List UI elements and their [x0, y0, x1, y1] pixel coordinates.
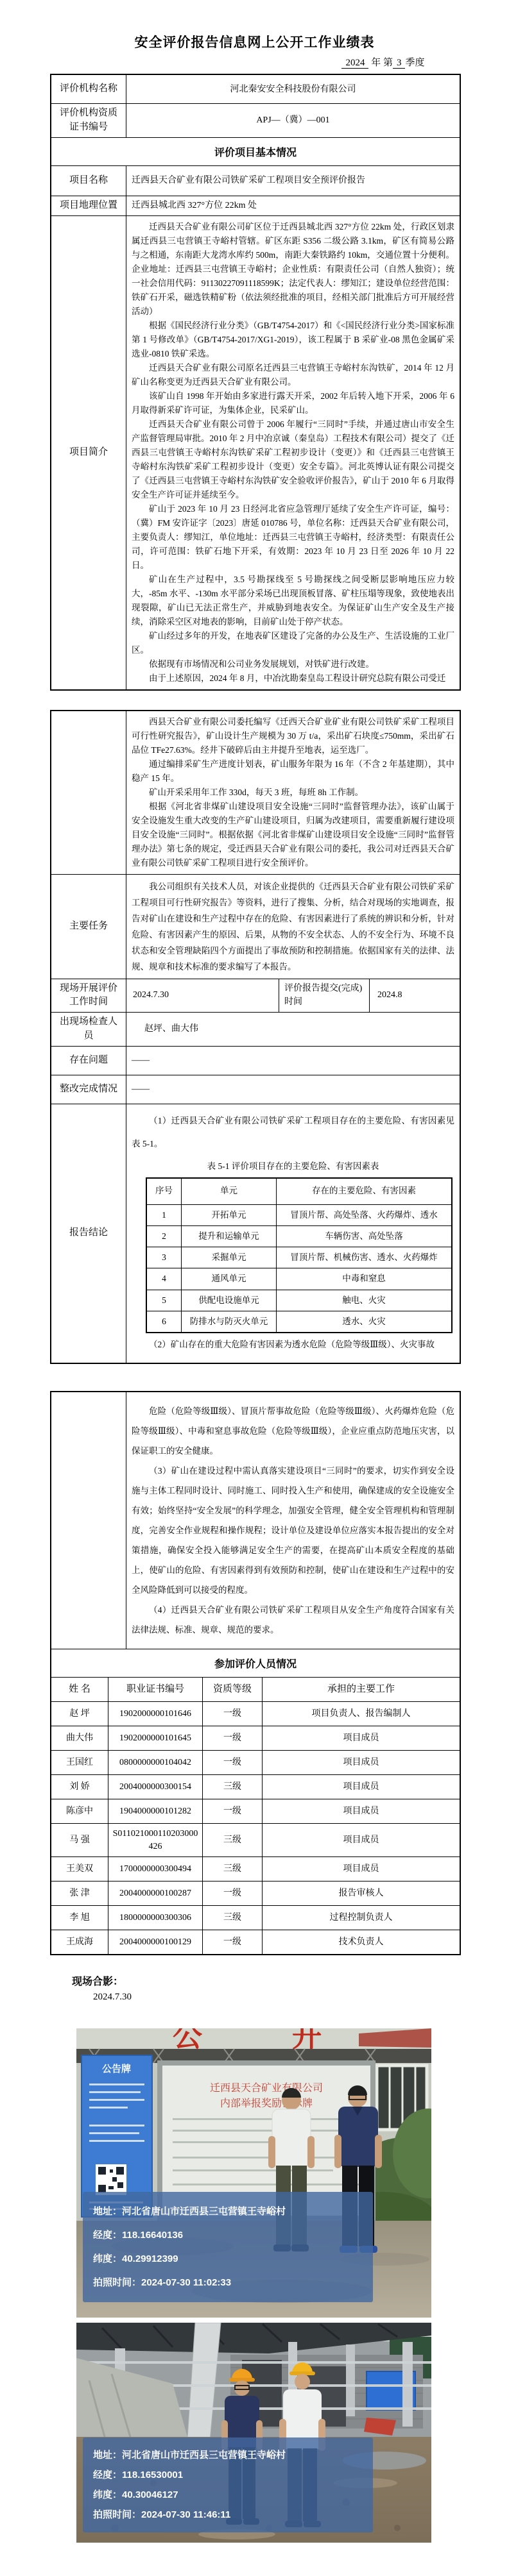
- participant-cert: 1904000000101282: [108, 1799, 203, 1823]
- participant-row: 陈彦中 1904000000101282 一级 项目成员: [51, 1799, 460, 1823]
- project-location-label: 项目地理位置: [51, 196, 126, 215]
- conclusion-part1-cell: （1）迁西县天合矿业有限公司铁矿采矿工程项目存在的主要危险、有害因素见表 5-1…: [126, 1104, 460, 1363]
- period-quarter-unit: 季度: [405, 58, 424, 68]
- tasks-label: 主要任务: [51, 875, 126, 979]
- table-conclusion-participants: 危险（危险等级Ⅲ级）、冒顶片帮事故危险（危险等级Ⅲ级）、火药爆炸危险（危险等级Ⅲ…: [50, 1391, 461, 1955]
- hazard-table-header: 序号 单元 存在的主要危险、有害因素: [147, 1179, 451, 1204]
- participant-level: 一级: [203, 1930, 263, 1954]
- row-participants-section: 参加评价人员情况: [51, 1649, 460, 1677]
- page-break-2: [0, 1364, 509, 1391]
- participant-name: 赵 坪: [51, 1702, 108, 1726]
- participant-level: 一级: [203, 1726, 263, 1750]
- participant-row: 赵 坪 1902000000101646 一级 项目负责人、报告编制人: [51, 1701, 460, 1726]
- intro-paragraph: 根据《国民经济行业分类》（GB/T4754-2017）和《<国民经济行业分类>国…: [132, 319, 454, 361]
- hazard-row-hazards: 车辆伤害、高处坠落: [277, 1226, 451, 1247]
- participant-work: 项目成员: [263, 1799, 460, 1823]
- bottom-margin: [0, 2543, 509, 2576]
- participants-col-name: 姓 名: [51, 1678, 108, 1701]
- photo1-latitude: 纬度：40.29912399: [93, 2247, 363, 2271]
- onsite-time-label: 现场开展评价工作时间: [51, 979, 126, 1013]
- hazard-row-hazards: 触电、火灾: [277, 1290, 451, 1311]
- participant-level: 三级: [203, 1775, 263, 1799]
- intro-paragraph: 由于上述原因，2024 年 8 月，中冶沈勘秦皇岛工程设计研究总院有限公司受迁: [132, 671, 454, 686]
- hazard-row-hazards: 透水、火灾: [277, 1311, 451, 1332]
- intro-paragraph: 西县天合矿业有限公司委托编写《迁西天合矿业矿业有限公司铁矿采矿工程项目可行性研究…: [132, 715, 454, 757]
- site-photo-1: 公开 公告牌: [76, 2028, 431, 2318]
- photo1-longitude: 经度：118.16640136: [93, 2223, 363, 2247]
- photos-heading: 现场合影：: [72, 1973, 509, 1988]
- participant-cert: S011021000110203000426: [108, 1824, 203, 1856]
- photo2-address: 地址：河北省唐山市迁西县三屯营镇王寺峪村: [93, 2445, 363, 2465]
- onsite-time-value: 2024.7.30: [126, 979, 279, 1013]
- participants-body: 赵 坪 1902000000101646 一级 项目负责人、报告编制人 曲大伟 …: [51, 1701, 460, 1954]
- intro-paragraph: 矿山在生产过程中，3.5 号勘探线至 5 号勘探线之间受断层影响地压应力较大，-…: [132, 573, 454, 629]
- hazard-col-no: 序号: [147, 1179, 182, 1204]
- row-site-staff: 出现场检查人员 赵坪、曲大伟: [51, 1012, 460, 1046]
- participants-header-row: 姓 名 职业证书编号 资质等级 承担的主要工作: [51, 1677, 460, 1701]
- participant-row: 曲大伟 1902000000101645 一级 项目成员: [51, 1726, 460, 1750]
- notice-sign-title: 公告牌: [102, 2063, 131, 2075]
- project-name-value: 迁西县天合矿业有限公司铁矿采矿工程项目安全预评价报告: [126, 166, 460, 196]
- participants-section-title: 参加评价人员情况: [51, 1649, 460, 1677]
- hazard-row-no: 4: [147, 1268, 182, 1289]
- participant-level: 一级: [203, 1881, 263, 1905]
- participant-cert: 1902000000101646: [108, 1702, 203, 1726]
- hazard-table-body: 1 开拓单元 冒顶片帮、高处坠落、火药爆炸、透水 2 提升和运输单元 车辆伤害、…: [147, 1204, 451, 1333]
- row-project-name: 项目名称 迁西县天合矿业有限公司铁矿采矿工程项目安全预评价报告: [51, 165, 460, 196]
- participant-cert: 1700000000300494: [108, 1857, 203, 1881]
- participants-col-level: 资质等级: [203, 1678, 263, 1701]
- site-staff-label: 出现场检查人员: [51, 1013, 126, 1046]
- participant-name: 马 强: [51, 1824, 108, 1856]
- conclusion-paragraph: （3）矿山在建设过程中需认真落实建设项目“三同时”的要求，切实作到安全设施与主体…: [132, 1461, 454, 1600]
- photo1-address: 地址：河北省唐山市迁西县三屯营镇王寺峪村: [93, 2200, 363, 2223]
- hazard-row-unit: 采掘单元: [182, 1247, 277, 1268]
- org-name-value: 河北秦安安全科技股份有限公司: [126, 75, 460, 103]
- photo2-geo-overlay: 地址：河北省唐山市迁西县三屯营镇王寺峪村 经度：118.16530001 纬度：…: [83, 2437, 373, 2532]
- hazard-row-no: 5: [147, 1290, 182, 1311]
- hazard-row-unit: 提升和运输单元: [182, 1226, 277, 1247]
- tasks-text: 我公司组织有关技术人员，对该企业提供的《迁西县天合矿业有限公司铁矿采矿工程项目可…: [132, 879, 454, 975]
- hazard-col-hazards: 存在的主要危险、有害因素: [277, 1179, 451, 1204]
- row-conclusion: 报告结论 （1）迁西县天合矿业有限公司铁矿采矿工程项目存在的主要危险、有害因素见…: [51, 1104, 460, 1363]
- project-name-label: 项目名称: [51, 166, 126, 196]
- table-main-info: 西县天合矿业有限公司委托编写《迁西天合矿业矿业有限公司铁矿采矿工程项目可行性研究…: [50, 710, 461, 1365]
- row-project-intro-cont: 西县天合矿业有限公司委托编写《迁西天合矿业矿业有限公司铁矿采矿工程项目可行性研究…: [51, 711, 460, 874]
- participant-cert: 1800000000300306: [108, 1906, 203, 1930]
- participant-level: 三级: [203, 1857, 263, 1881]
- conclusion-cont-label: [51, 1392, 126, 1649]
- report-time-label: 评价报告提交(完成)时间: [279, 979, 370, 1013]
- hazard-row-no: 2: [147, 1226, 182, 1247]
- participant-name: 张 津: [51, 1881, 108, 1905]
- intro-paragraph: 通过编排采矿生产进度计划表，矿山服务年限为 16 年（不含 2 年基建期），其中…: [132, 757, 454, 786]
- project-location-value: 迁西县城北西 327°方位 22km 处: [126, 196, 460, 215]
- participant-work: 过程控制负责人: [263, 1906, 460, 1930]
- hazard-row: 6 防排水与防灭火单元 透水、火灾: [147, 1311, 451, 1332]
- site-staff-value: 赵坪、曲大伟: [126, 1013, 460, 1046]
- intro-paragraph: 根据《河北省非煤矿山建设项目安全设施“三同时”监督管理办法》，该矿山属于安全设施…: [132, 800, 454, 870]
- photo2-latitude: 纬度：40.30046127: [93, 2485, 363, 2505]
- row-rectification: 整改完成情况 ——: [51, 1075, 460, 1104]
- row-schedule: 现场开展评价工作时间 2024.7.30 评价报告提交(完成)时间 2024.8: [51, 979, 460, 1013]
- participant-name: 王国红: [51, 1751, 108, 1774]
- document-page: 安全评价报告信息网上公开工作业绩表 2024 年 第3季度 评价机构名称 河北秦…: [0, 0, 509, 2576]
- participant-row: 王美双 1700000000300494 三级 项目成员: [51, 1856, 460, 1881]
- photo2-time: 拍照时间：2024-07-30 11:46:11: [93, 2505, 363, 2525]
- participant-work: 报告审核人: [263, 1881, 460, 1905]
- photo1-geo-overlay: 地址：河北省唐山市迁西县三屯营镇王寺峪村 经度：118.16640136 纬度：…: [83, 2192, 373, 2302]
- period-year-unit: 年: [371, 58, 381, 68]
- org-name-label: 评价机构名称: [51, 75, 126, 103]
- participant-name: 刘 娇: [51, 1775, 108, 1799]
- row-problems: 存在问题 ——: [51, 1046, 460, 1075]
- intro-paragraph: 矿山于 2023 年 10 月 23 日经河北省应急管理厅延续了安全生产许可证，…: [132, 502, 454, 573]
- participant-cert: 0800000000104042: [108, 1751, 203, 1774]
- intro-paragraph: 迁西县天合矿业有限公司曾于 2006 年履行“三同时”手续，并通过唐山市安全生产…: [132, 417, 454, 502]
- rectification-label: 整改完成情况: [51, 1075, 126, 1104]
- photos-date: 2024.7.30: [93, 1992, 509, 2003]
- row-section-basic: 评价项目基本情况: [51, 137, 460, 165]
- participant-work: 项目成员: [263, 1857, 460, 1881]
- conclusion-paragraph: （4）迁西县天合矿业有限公司铁矿采矿工程项目从安全生产角度符合国家有关法律法规、…: [132, 1600, 454, 1640]
- hazard-row-no: 3: [147, 1247, 182, 1268]
- hazard-row-no: 6: [147, 1311, 182, 1332]
- participant-name: 曲大伟: [51, 1726, 108, 1750]
- participant-cert: 1902000000101645: [108, 1726, 203, 1750]
- conclusion-part2-cell: 危险（危险等级Ⅲ级）、冒顶片帮事故危险（危险等级Ⅲ级）、火药爆炸危险（危险等级Ⅲ…: [126, 1392, 460, 1649]
- page-title: 安全评价报告信息网上公开工作业绩表: [0, 0, 509, 51]
- basic-section-title: 评价项目基本情况: [51, 138, 460, 165]
- participant-row: 王成海 2004000000100129 一级 技术负责人: [51, 1930, 460, 1954]
- hazard-table: 序号 单元 存在的主要危险、有害因素 1 开拓单元 冒顶片帮、高处坠落、火药爆炸…: [146, 1177, 453, 1334]
- hazard-row-unit: 通风单元: [182, 1268, 277, 1289]
- hazard-row: 2 提升和运输单元 车辆伤害、高处坠落: [147, 1225, 451, 1247]
- project-intro-label: 项目简介: [51, 216, 126, 689]
- tasks-text-cell: 我公司组织有关技术人员，对该企业提供的《迁西县天合矿业有限公司铁矿采矿工程项目可…: [126, 875, 460, 979]
- intro-cont-label: [51, 711, 126, 874]
- row-org-cert: 评价机构资质证书编号 APJ—（冀）—001: [51, 103, 460, 137]
- hazard-row-hazards: 冒顶片帮、机械伤害、透水、火药爆炸: [277, 1247, 451, 1268]
- participant-level: 一级: [203, 1702, 263, 1726]
- intro-paragraph: 迁西县天合矿业有限公司原名迁西县三屯营镇王寺峪村东沟铁矿，2014 年 12 月…: [132, 361, 454, 389]
- participant-cert: 2004000000100287: [108, 1881, 203, 1905]
- hazard-row-hazards: 冒顶片帮、高处坠落、火药爆炸、透水: [277, 1205, 451, 1225]
- report-time-value: 2024.8: [370, 979, 460, 1013]
- org-cert-value: APJ—（冀）—001: [126, 104, 460, 137]
- row-conclusion-cont: 危险（危险等级Ⅲ级）、冒顶片帮事故危险（危险等级Ⅲ级）、火药爆炸危险（危险等级Ⅲ…: [51, 1392, 460, 1649]
- page-break-1: [0, 691, 509, 710]
- participant-work: 项目成员: [263, 1751, 460, 1774]
- period-quarter-prefix: 第: [383, 58, 393, 68]
- intro-paragraph: 依据现有市场情况和公司业务发展规划，对铁矿进行改建。: [132, 657, 454, 671]
- participant-level: 三级: [203, 1906, 263, 1930]
- participant-cert: 2004000000100129: [108, 1930, 203, 1954]
- photo1-time: 拍照时间：2024-07-30 11:02:33: [93, 2271, 363, 2294]
- report-period: 2024 年 第3季度: [49, 55, 460, 69]
- row-project-intro: 项目简介 迁西县天合矿业有限公司矿区位于迁西县城北西 327°方位 22km 处…: [51, 215, 460, 689]
- participant-row: 李 旭 1800000000300306 三级 过程控制负责人: [51, 1905, 460, 1930]
- hazard-row: 4 通风单元 中毒和窒息: [147, 1268, 451, 1289]
- intro-paragraph: 迁西县天合矿业有限公司矿区位于迁西县城北西 327°方位 22km 处，行政区划…: [132, 220, 454, 319]
- participant-level: 一级: [203, 1751, 263, 1774]
- intro-paragraph: 矿山开采采用年工作 330d，每天 3 班，每班 8h 工作制。: [132, 786, 454, 800]
- problems-label: 存在问题: [51, 1047, 126, 1075]
- participant-row: 张 津 2004000000100287 一级 报告审核人: [51, 1881, 460, 1905]
- conclusion-intro: （1）迁西县天合矿业有限公司铁矿采矿工程项目存在的主要危险、有害因素见表 5-1…: [132, 1109, 454, 1156]
- hazard-row-unit: 供配电设施单元: [182, 1290, 277, 1311]
- period-quarter: 3: [393, 58, 406, 69]
- conclusion-label: 报告结论: [51, 1104, 126, 1363]
- participant-row: 刘 娇 2004000000300154 三级 项目成员: [51, 1774, 460, 1799]
- participant-name: 王美双: [51, 1857, 108, 1881]
- participant-row: 马 强 S011021000110203000426 三级 项目成员: [51, 1823, 460, 1856]
- project-intro-part2: 西县天合矿业有限公司委托编写《迁西天合矿业矿业有限公司铁矿采矿工程项目可行性研究…: [126, 711, 460, 874]
- hazard-row-unit: 开拓单元: [182, 1205, 277, 1225]
- table-basic-info: 评价机构名称 河北秦安安全科技股份有限公司 评价机构资质证书编号 APJ—（冀）…: [50, 74, 461, 691]
- hazard-col-unit: 单元: [182, 1179, 277, 1204]
- participant-level: 一级: [203, 1799, 263, 1823]
- hazard-row: 1 开拓单元 冒顶片帮、高处坠落、火药爆炸、透水: [147, 1204, 451, 1225]
- participant-name: 王成海: [51, 1930, 108, 1954]
- intro-paragraph: 矿山经过多年的开发，在地表矿区建设了完备的办公及生产、生活设施的工业厂区。: [132, 629, 454, 657]
- project-intro-part1: 迁西县天合矿业有限公司矿区位于迁西县城北西 327°方位 22km 处，行政区划…: [126, 216, 460, 689]
- participants-col-cert: 职业证书编号: [108, 1678, 203, 1701]
- participants-col-work: 承担的主要工作: [263, 1678, 460, 1701]
- hazard-row-unit: 防排水与防灭火单元: [182, 1311, 277, 1332]
- participant-name: 陈彦中: [51, 1799, 108, 1823]
- site-photo-2: 地址：河北省唐山市迁西县三屯营镇王寺峪村 经度：118.16530001 纬度：…: [76, 2323, 431, 2543]
- participant-row: 王国红 0800000000104042 一级 项目成员: [51, 1750, 460, 1774]
- conclusion-tail: （2）矿山存在的重大危险有害因素为透水危险（危险等级Ⅲ级）、火灾事故: [132, 1333, 454, 1356]
- hazard-row-hazards: 中毒和窒息: [277, 1268, 451, 1289]
- row-org-name: 评价机构名称 河北秦安安全科技股份有限公司: [51, 75, 460, 103]
- participant-work: 项目成员: [263, 1775, 460, 1799]
- hazard-row: 5 供配电设施单元 触电、火灾: [147, 1290, 451, 1311]
- hazard-table-caption: 表 5-1 评价项目存在的主要危险、有害因素表: [132, 1156, 454, 1177]
- period-year: 2024: [341, 58, 368, 69]
- row-main-tasks: 主要任务 我公司组织有关技术人员，对该企业提供的《迁西县天合矿业有限公司铁矿采矿…: [51, 874, 460, 979]
- participant-work: 项目成员: [263, 1824, 460, 1856]
- row-project-location: 项目地理位置 迁西县城北西 327°方位 22km 处: [51, 196, 460, 215]
- participant-cert: 2004000000300154: [108, 1775, 203, 1799]
- participant-name: 李 旭: [51, 1906, 108, 1930]
- board-title-line1: 迁西县天合矿业有限公司: [210, 2082, 323, 2094]
- participant-work: 项目负责人、报告编制人: [263, 1702, 460, 1726]
- problems-value: ——: [126, 1047, 460, 1075]
- participant-work: 项目成员: [263, 1726, 460, 1750]
- rectification-value: ——: [126, 1075, 460, 1104]
- conclusion-paragraph: 危险（危险等级Ⅲ级）、冒顶片帮事故危险（危险等级Ⅲ级）、火药爆炸危险（危险等级Ⅲ…: [132, 1401, 454, 1461]
- intro-paragraph: 该矿山自 1998 年开始由多家进行露天开采，2002 年后转入地下开采，200…: [132, 389, 454, 417]
- hazard-row: 3 采掘单元 冒顶片帮、机械伤害、透水、火药爆炸: [147, 1247, 451, 1268]
- hazard-row-no: 1: [147, 1205, 182, 1225]
- photo2-longitude: 经度：118.16530001: [93, 2465, 363, 2485]
- participant-work: 技术负责人: [263, 1930, 460, 1954]
- org-cert-label: 评价机构资质证书编号: [51, 104, 126, 137]
- participant-level: 三级: [203, 1824, 263, 1856]
